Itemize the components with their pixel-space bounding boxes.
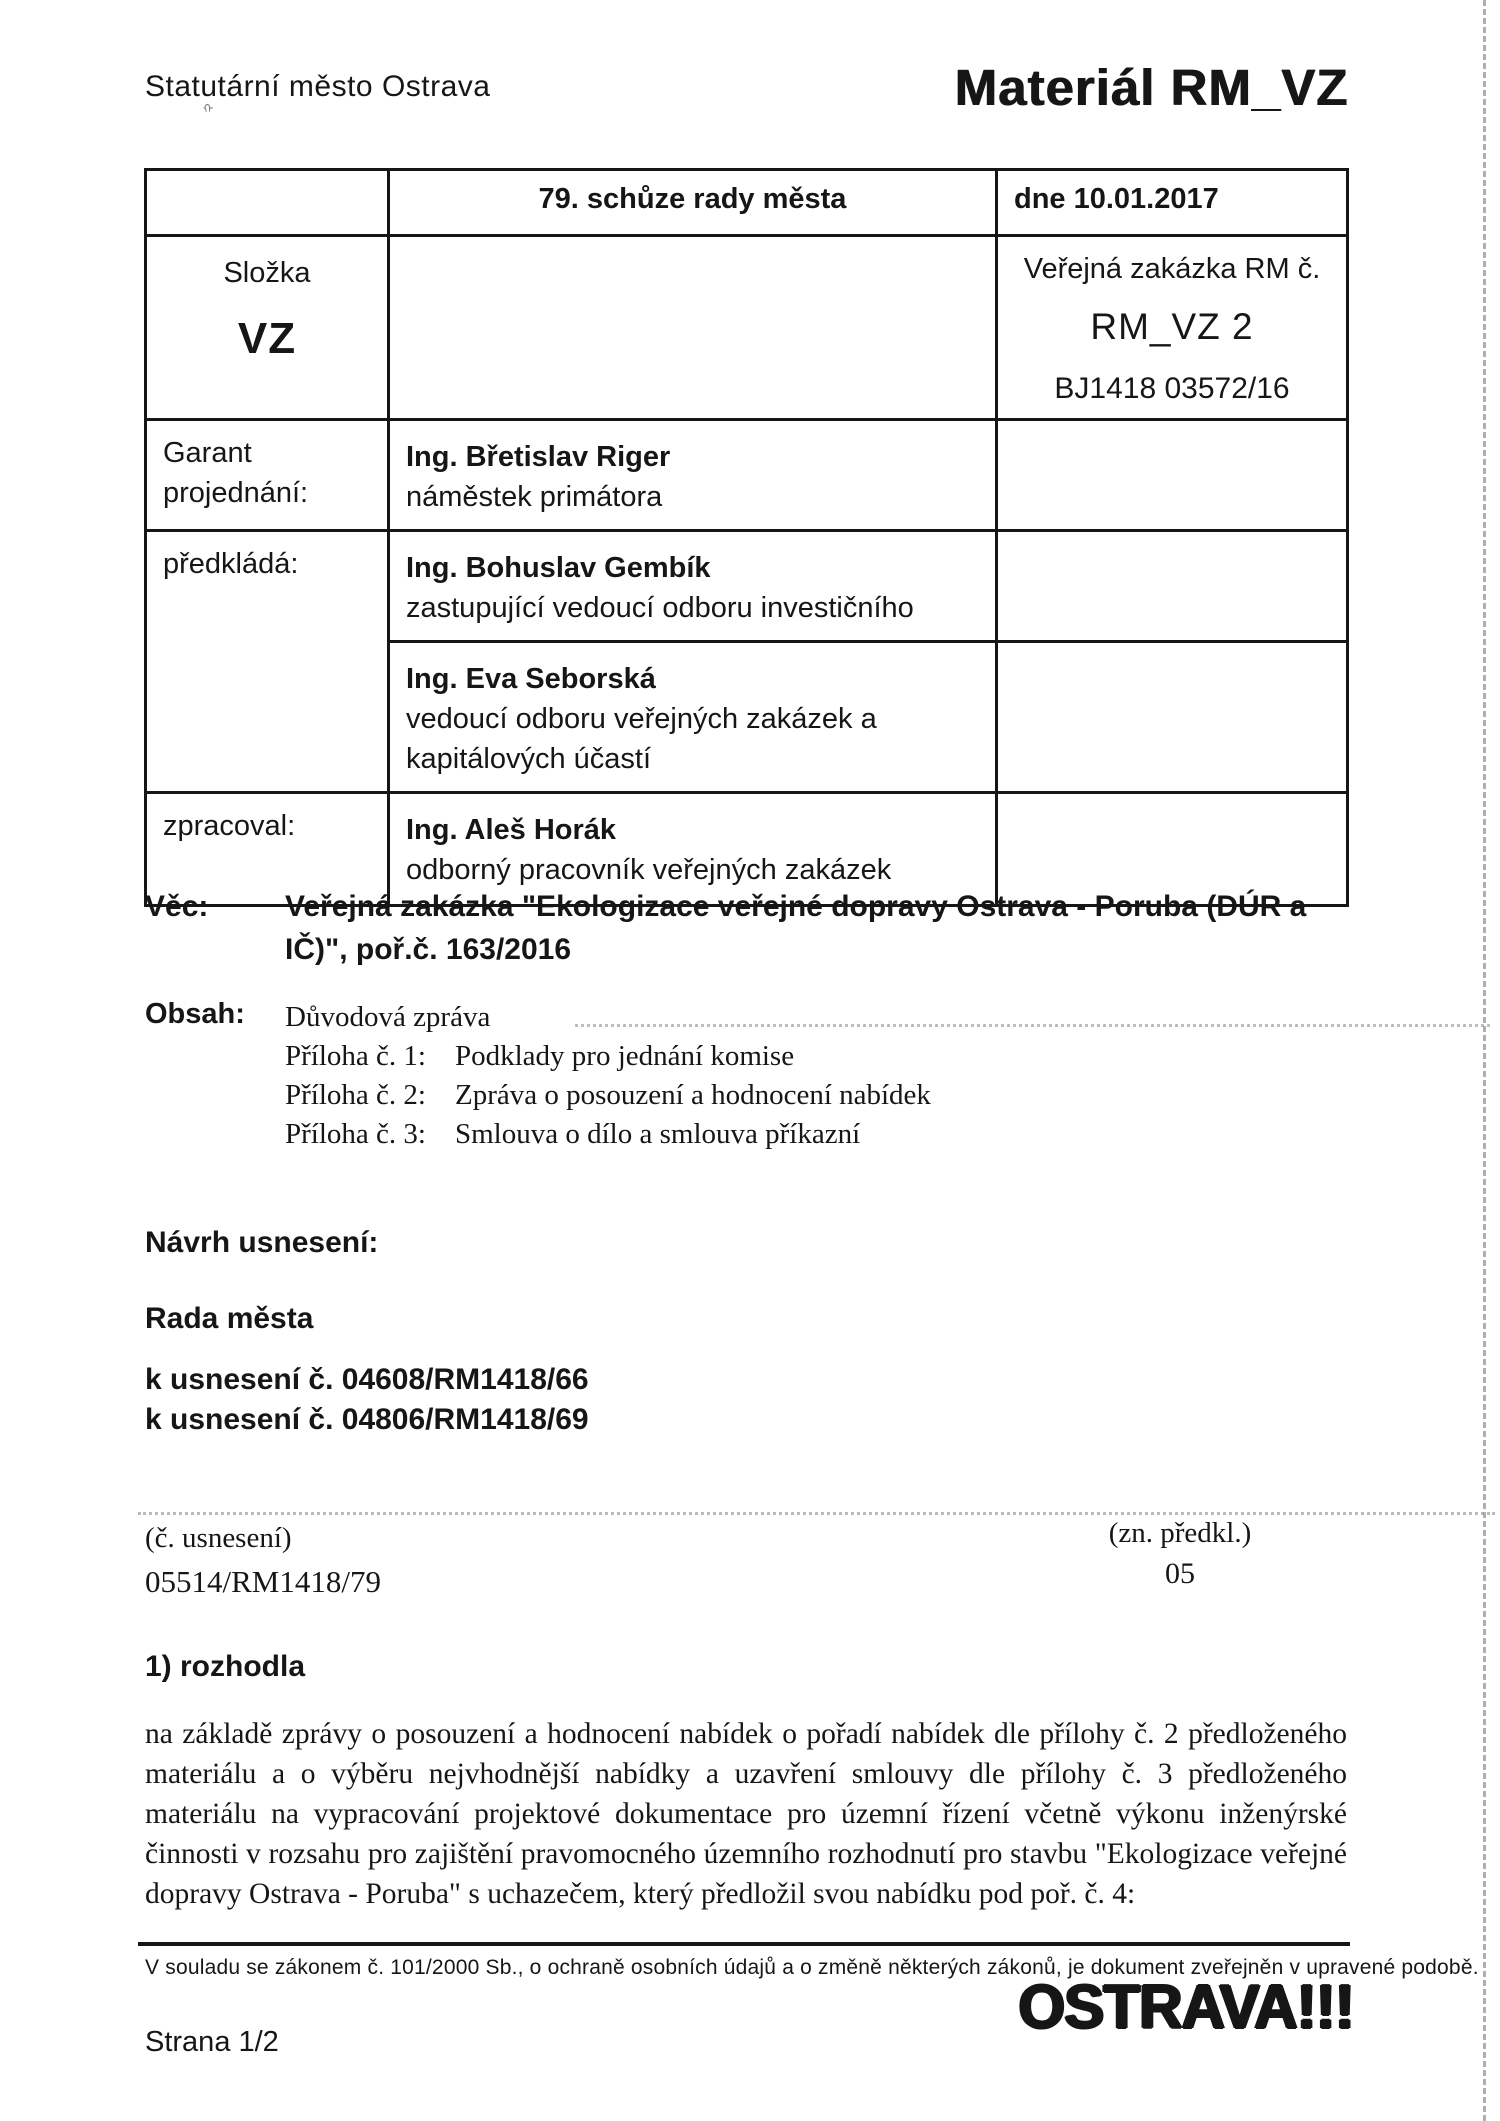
predklada-cell-1: Ing. Bohuslav Gembík zastupující vedoucí… <box>389 531 997 642</box>
resolution-number-value: 05514/RM1418/79 <box>145 1564 381 1600</box>
attachment-label: Příloha č. 1: <box>285 1037 455 1076</box>
subject-block: Věc: Veřejná zakázka "Ekologizace veřejn… <box>145 885 1360 971</box>
resolution-number-label: (č. usnesení) <box>145 1520 381 1556</box>
footer-rule <box>138 1942 1350 1946</box>
ostrava-logo: OSTRAVA!!! <box>1019 1972 1354 2043</box>
contents-item-text: Smlouva o dílo a smlouva příkazní <box>455 1115 860 1154</box>
contents-block: Obsah: Důvodová zpráva Příloha č. 1: Pod… <box>145 998 1360 1154</box>
document-page: ᠬ Statutární město Ostrava Materiál RM_V… <box>0 0 1500 2121</box>
contents-item-text: Zpráva o posouzení a hodnocení nabídek <box>455 1076 931 1115</box>
predklada-cell-2: Ing. Eva Seborská vedoucí odboru veřejný… <box>389 642 997 793</box>
empty-cell <box>146 170 389 236</box>
empty-cell <box>997 642 1348 793</box>
vz-code: BJ1418 03572/16 <box>1014 372 1330 406</box>
person-name: Ing. Eva Seborská <box>406 655 979 699</box>
contents-item: Příloha č. 1: Podklady pro jednání komis… <box>285 1037 931 1076</box>
contents-item: Příloha č. 2: Zpráva o posouzení a hodno… <box>285 1076 931 1115</box>
subject-label: Věc: <box>145 885 285 971</box>
scan-smudge: ᠬ <box>203 106 221 112</box>
table-row: Garant projednání: Ing. Břetislav Riger … <box>146 420 1348 531</box>
resolution-number-block: (č. usnesení) 05514/RM1418/79 <box>145 1520 381 1600</box>
empty-cell <box>997 531 1348 642</box>
council-heading: Rada města <box>145 1302 313 1336</box>
table-row: Složka VZ Veřejná zakázka RM č. RM_VZ 2 … <box>146 236 1348 420</box>
folder-value: VZ <box>163 314 371 364</box>
person-role: odborný pracovník veřejných zakázek <box>406 850 979 890</box>
resolution-references: k usnesení č. 04608/RM1418/66 k usnesení… <box>145 1360 589 1440</box>
scan-edge-dashes <box>1483 0 1486 2121</box>
contents-label: Obsah: <box>145 998 285 1154</box>
subject-text: Veřejná zakázka "Ekologizace veřejné dop… <box>285 885 1360 971</box>
empty-cell <box>997 420 1348 531</box>
empty-cell <box>389 236 997 420</box>
resolution-ref: k usnesení č. 04806/RM1418/69 <box>145 1400 589 1440</box>
person-name: Ing. Aleš Horák <box>406 806 979 850</box>
meeting-info-table: 79. schůze rady města dne 10.01.2017 Slo… <box>144 168 1349 907</box>
scan-dotted-rule <box>138 1512 1495 1515</box>
contents-items: Důvodová zpráva Příloha č. 1: Podklady p… <box>285 998 931 1154</box>
contents-item-text: Podklady pro jednání komise <box>455 1037 794 1076</box>
table-row: 79. schůze rady města dne 10.01.2017 <box>146 170 1348 236</box>
folder-cell: Složka VZ <box>146 236 389 420</box>
person-name: Ing. Břetislav Riger <box>406 433 979 477</box>
draft-resolution-heading: Návrh usnesení: <box>145 1226 378 1260</box>
contents-item: Důvodová zpráva <box>285 998 931 1037</box>
garant-label: Garant projednání: <box>146 420 389 531</box>
attachment-label: Příloha č. 3: <box>285 1115 455 1154</box>
person-role: zastupující vedoucí odboru investičního <box>406 588 979 628</box>
meeting-date: dne 10.01.2017 <box>997 170 1348 236</box>
submitter-mark-value: 05 <box>1100 1557 1260 1591</box>
submitter-mark-label: (zn. předkl.) <box>1100 1515 1260 1551</box>
vz-number: RM_VZ 2 <box>1014 306 1330 348</box>
vz-label: Veřejná zakázka RM č. <box>1014 253 1330 286</box>
contents-item-text: Důvodová zpráva <box>285 998 490 1037</box>
folder-label: Složka <box>163 257 371 290</box>
submitter-mark-block: (zn. předkl.) 05 <box>1100 1515 1260 1591</box>
person-role: náměstek primátora <box>406 477 979 517</box>
table-row: předkládá: Ing. Bohuslav Gembík zastupuj… <box>146 531 1348 642</box>
predklada-label: předkládá: <box>146 531 389 793</box>
resolution-ref: k usnesení č. 04608/RM1418/66 <box>145 1360 589 1400</box>
decision-heading: 1) rozhodla <box>145 1650 305 1684</box>
meeting-title: 79. schůze rady města <box>389 170 997 236</box>
doc-type-title: Materiál RM_VZ <box>954 58 1348 117</box>
person-role: vedoucí odboru veřejných zakázek a kapit… <box>406 699 979 779</box>
garant-cell: Ing. Břetislav Riger náměstek primátora <box>389 420 997 531</box>
person-name: Ing. Bohuslav Gembík <box>406 544 979 588</box>
attachment-label: Příloha č. 2: <box>285 1076 455 1115</box>
page-number: Strana 1/2 <box>145 2026 279 2059</box>
contents-item: Příloha č. 3: Smlouva o dílo a smlouva p… <box>285 1115 931 1154</box>
vz-cell: Veřejná zakázka RM č. RM_VZ 2 BJ1418 035… <box>997 236 1348 420</box>
org-name: Statutární město Ostrava <box>145 70 490 104</box>
decision-text: na základě zprávy o posouzení a hodnocen… <box>145 1714 1347 1914</box>
